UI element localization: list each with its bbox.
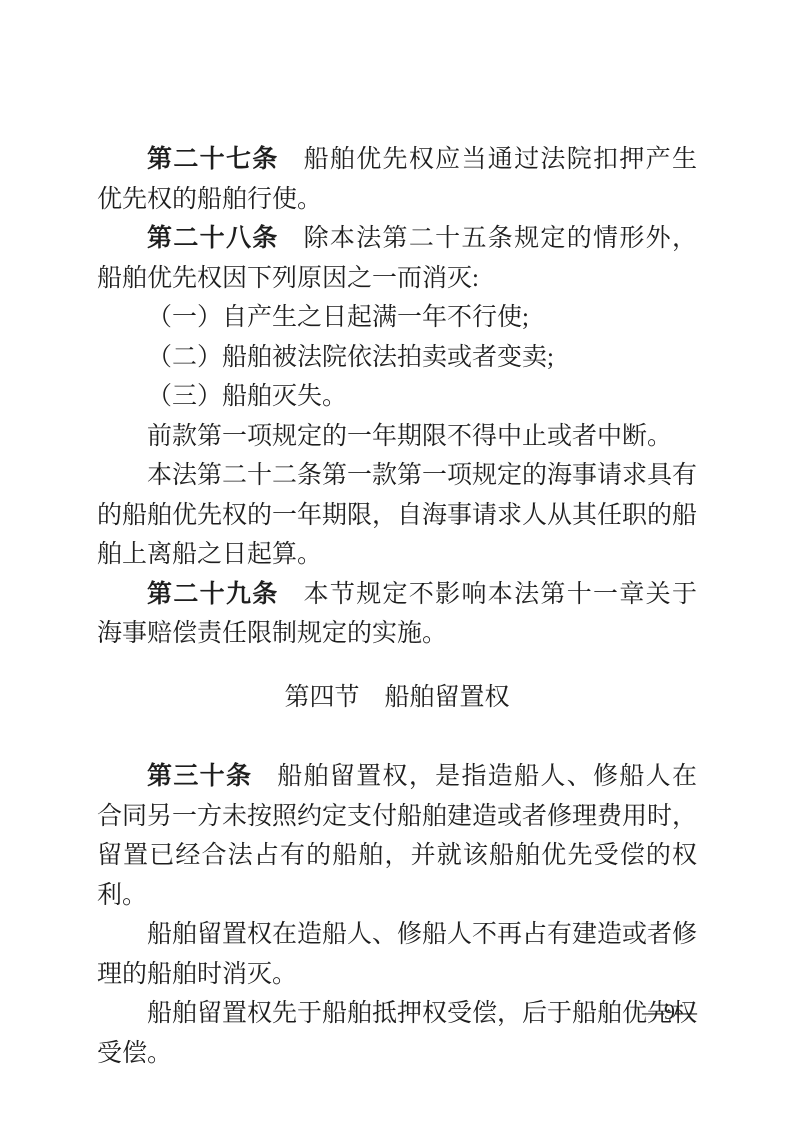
section-title: 船舶留置权 [385, 684, 510, 711]
article-paragraph: 第三十条船舶留置权，是指造船人、修船人在合同另一方未按照约定支付船舶建造或者修理… [97, 757, 697, 915]
list-item-paragraph: （三）船舶灭失。 [97, 377, 697, 417]
document-page: 第二十七条船舶优先权应当通过法院扣押产生优先权的船舶行使。 第二十八条除本法第二… [0, 0, 793, 1122]
paragraph: 船舶留置权在造船人、修船人不再占有建造或者修理的船舶时消灭。 [97, 915, 697, 994]
article-paragraph: 第二十九条本节规定不影响本法第十一章关于海事赔偿责任限制规定的实施。 [97, 575, 697, 654]
article-number: 第三十条 [147, 762, 252, 790]
page-number: —9— [97, 998, 697, 1026]
paragraph: 前款第一项规定的一年期限不得中止或者中断。 [97, 417, 697, 457]
list-item-paragraph: （二）船舶被法院依法拍卖或者变卖; [97, 338, 697, 378]
article-paragraph: 第二十八条除本法第二十五条规定的情形外，船舶优先权因下列原因之一而消灭: [97, 219, 697, 298]
list-item-paragraph: （一）自产生之日起满一年不行使; [97, 298, 697, 338]
section-number: 第四节 [284, 684, 359, 711]
article-number: 第二十九条 [147, 580, 279, 608]
section-heading: 第四节船舶留置权 [97, 678, 697, 718]
article-paragraph: 第二十七条船舶优先权应当通过法院扣押产生优先权的船舶行使。 [97, 140, 697, 219]
article-number: 第二十七条 [147, 145, 279, 173]
article-number: 第二十八条 [147, 224, 279, 252]
paragraph: 本法第二十二条第一款第一项规定的海事请求具有的船舶优先权的一年期限，自海事请求人… [97, 456, 697, 575]
document-body: 第二十七条船舶优先权应当通过法院扣押产生优先权的船舶行使。 第二十八条除本法第二… [97, 140, 697, 1073]
